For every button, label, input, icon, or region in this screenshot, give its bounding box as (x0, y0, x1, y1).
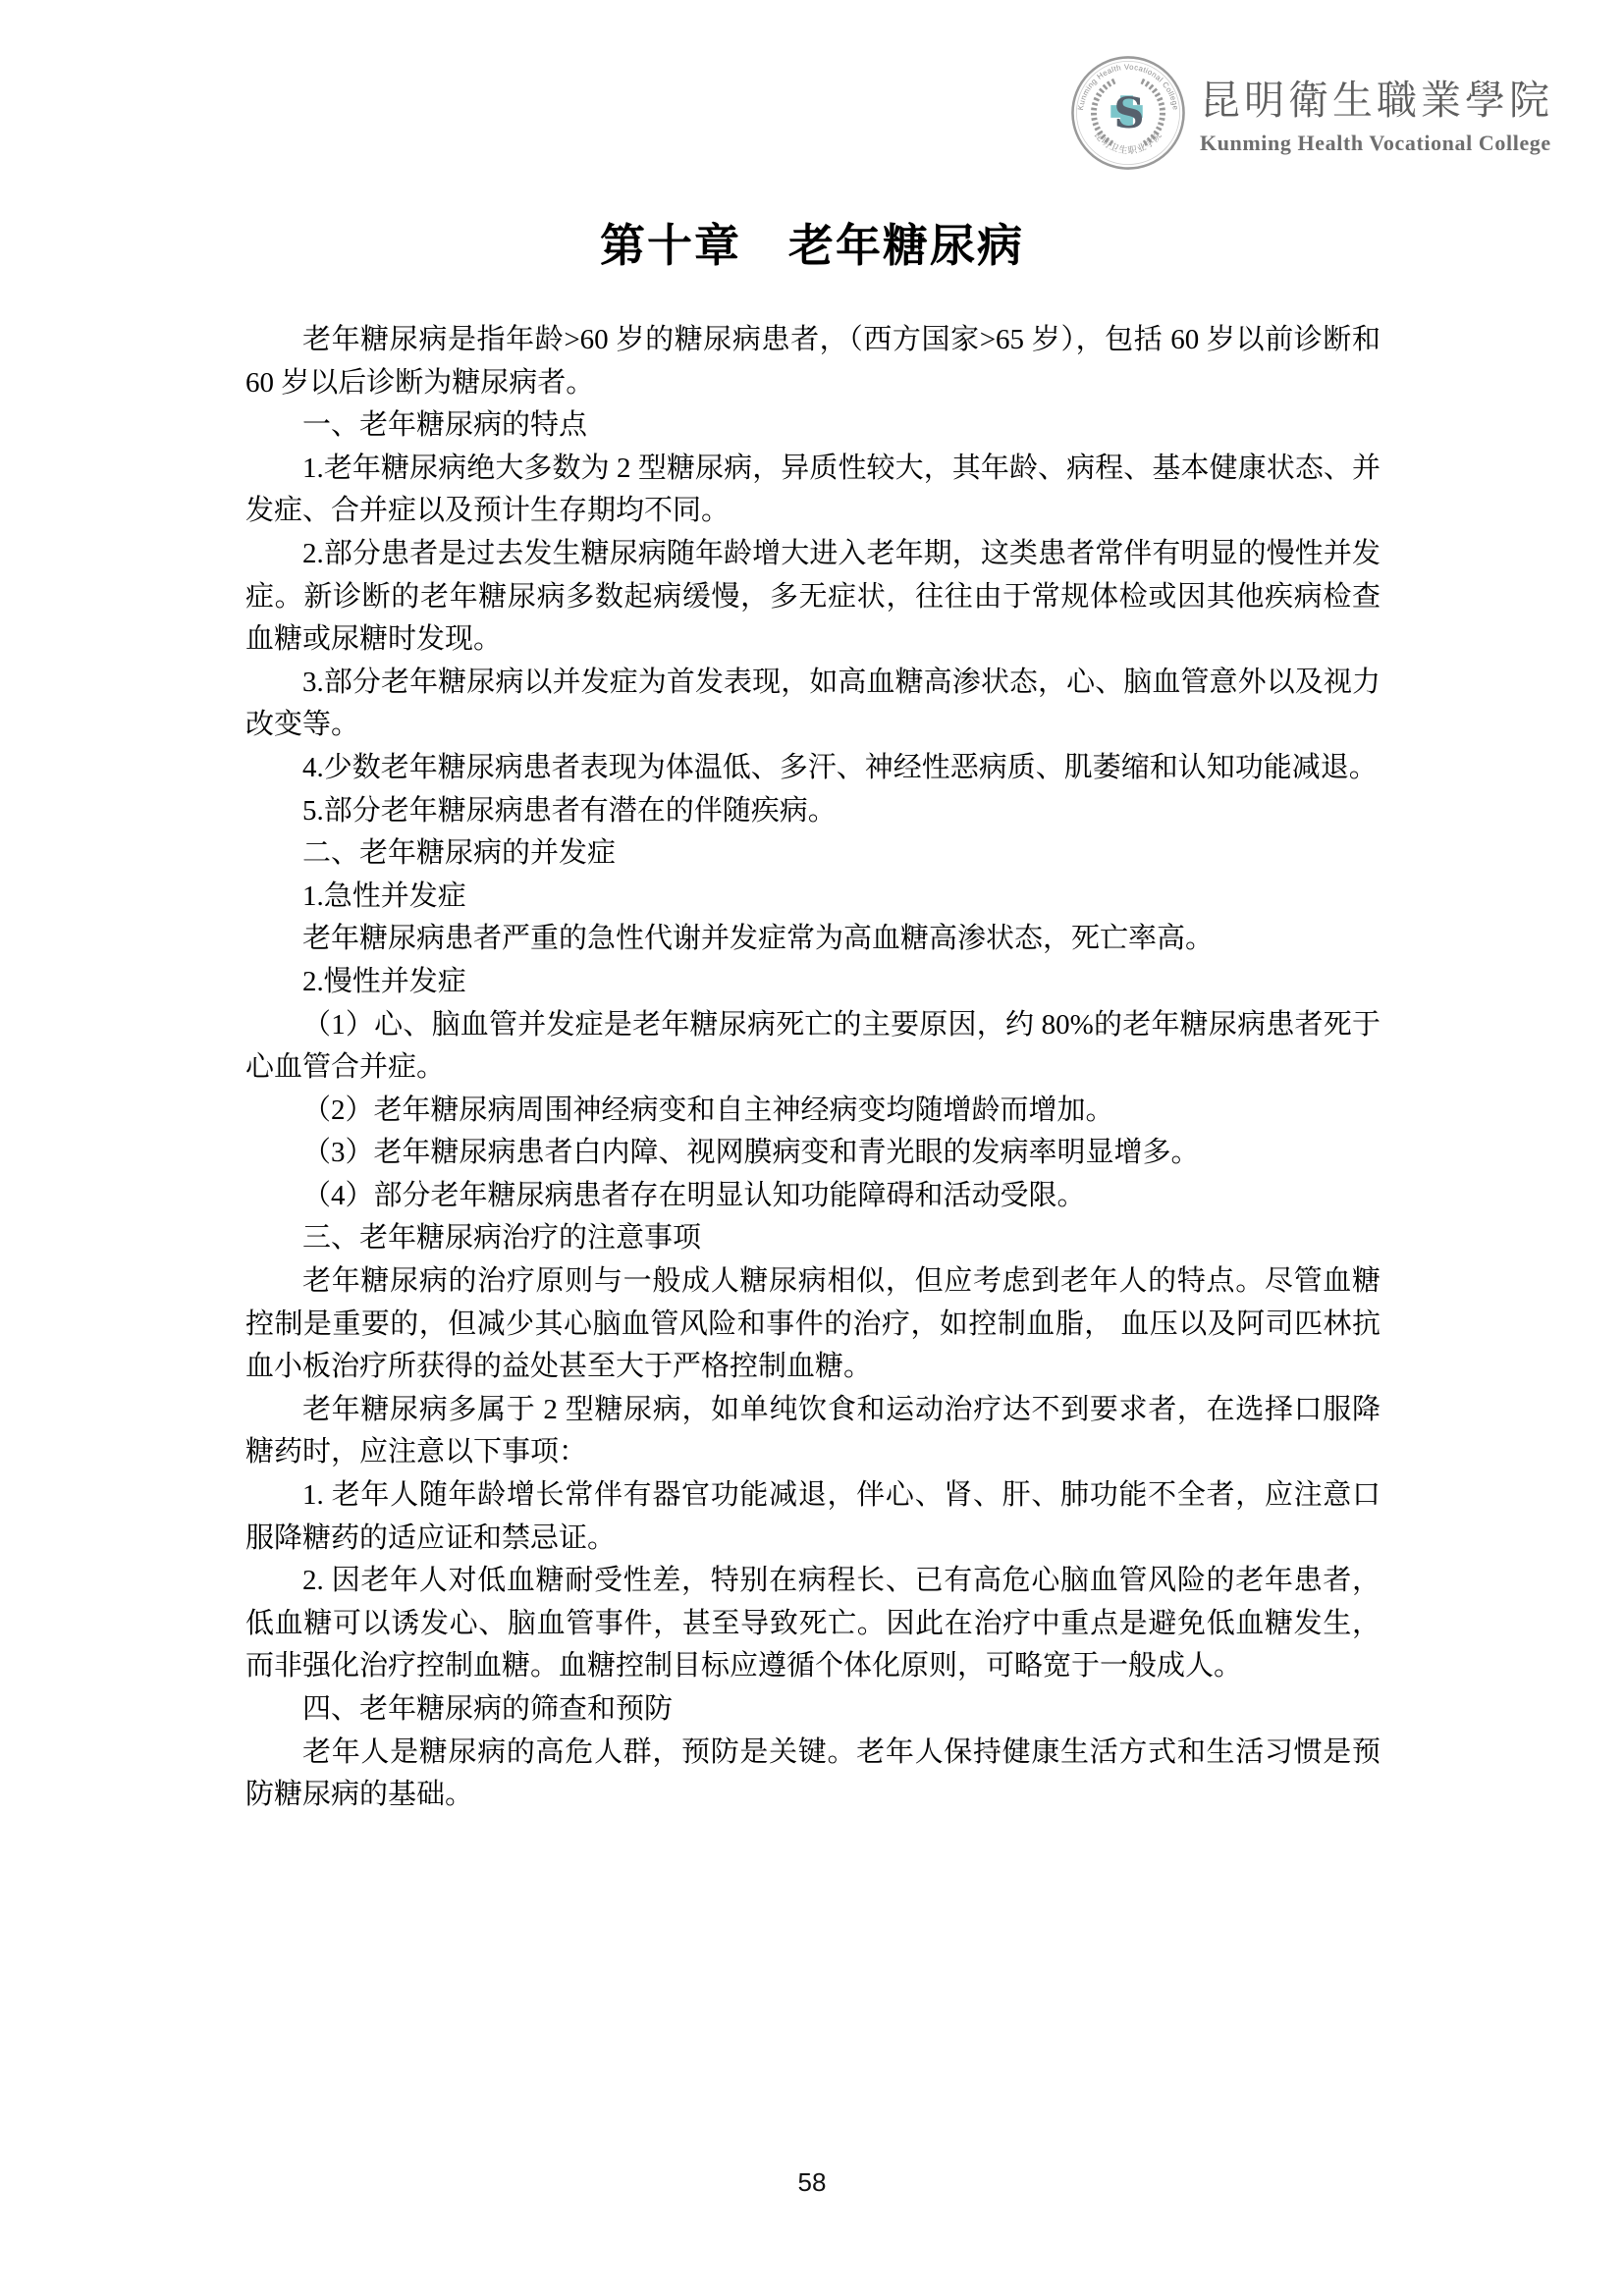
paragraph: （3）老年糖尿病患者白内障、视网膜病变和青光眼的发病率明显增多。 (245, 1132, 1380, 1175)
college-logo: S Kunming Health Vocational College 昆明卫生… (1070, 55, 1553, 171)
paragraph: 1.老年糖尿病绝大多数为 2 型糖尿病，异质性较大，其年龄、病程、基本健康状态、… (245, 448, 1380, 533)
college-name-block: 昆明衛生職業學院 Kunming Health Vocational Colle… (1200, 55, 1553, 156)
paragraph: 5.部分老年糖尿病患者有潜在的伴随疾病。 (245, 790, 1380, 833)
paragraph: 2.部分患者是过去发生糖尿病随年龄增大进入老年期，这类患者常伴有明显的慢性并发症… (245, 533, 1380, 662)
paragraph: 四、老年糖尿病的筛查和预防 (245, 1688, 1380, 1732)
paragraph: （4）部分老年糖尿病患者存在明显认知功能障碍和活动受限。 (245, 1175, 1380, 1218)
page-number: 58 (0, 2167, 1624, 2198)
paragraph: （2）老年糖尿病周围神经病变和自主神经病变均随增龄而增加。 (245, 1090, 1380, 1133)
chapter-title: 第十章 老年糖尿病 (0, 210, 1624, 275)
paragraph: 老年糖尿病的治疗原则与一般成人糖尿病相似，但应考虑到老年人的特点。尽管血糖控制是… (245, 1260, 1380, 1389)
paragraph: 2.慢性并发症 (245, 961, 1380, 1004)
paragraph: 老年糖尿病是指年龄>60 岁的糖尿病患者，（西方国家>65 岁），包括 60 岁… (245, 319, 1380, 404)
dragon-s-icon: S (1113, 88, 1144, 138)
paragraph: 2. 因老年人对低血糖耐受性差，特别在病程长、已有高危心脑血管风险的老年患者，低… (245, 1560, 1380, 1688)
paragraph: 一、老年糖尿病的特点 (245, 404, 1380, 448)
document-page: S Kunming Health Vocational College 昆明卫生… (0, 0, 1624, 2296)
paragraph: （1）心、脑血管并发症是老年糖尿病死亡的主要原因，约 80%的老年糖尿病患者死于… (245, 1004, 1380, 1090)
college-seal-icon: S Kunming Health Vocational College 昆明卫生… (1070, 55, 1186, 171)
college-name-english: Kunming Health Vocational College (1200, 131, 1553, 156)
paragraph: 三、老年糖尿病治疗的注意事项 (245, 1217, 1380, 1260)
paragraph: 3.部分老年糖尿病以并发症为首发表现，如高血糖高渗状态，心、脑血管意外以及视力改… (245, 662, 1380, 747)
paragraph: 二、老年糖尿病的并发症 (245, 832, 1380, 876)
paragraph: 4.少数老年糖尿病患者表现为体温低、多汗、神经性恶病质、肌萎缩和认知功能减退。 (245, 747, 1380, 790)
paragraph: 1. 老年人随年龄增长常伴有器官功能减退，伴心、肾、肝、肺功能不全者，应注意口服… (245, 1474, 1380, 1560)
paragraph: 老年糖尿病患者严重的急性代谢并发症常为高血糖高渗状态，死亡率高。 (245, 918, 1380, 961)
paragraph: 1.急性并发症 (245, 876, 1380, 919)
paragraphs: 老年糖尿病是指年龄>60 岁的糖尿病患者，（西方国家>65 岁），包括 60 岁… (245, 319, 1380, 1817)
college-name-calligraphy: 昆明衛生職業學院 (1200, 79, 1553, 123)
paragraph: 老年人是糖尿病的高危人群，预防是关键。老年人保持健康生活方式和生活习惯是预防糖尿… (245, 1732, 1380, 1817)
paragraph: 老年糖尿病多属于 2 型糖尿病，如单纯饮食和运动治疗达不到要求者，在选择口服降糖… (245, 1389, 1380, 1474)
